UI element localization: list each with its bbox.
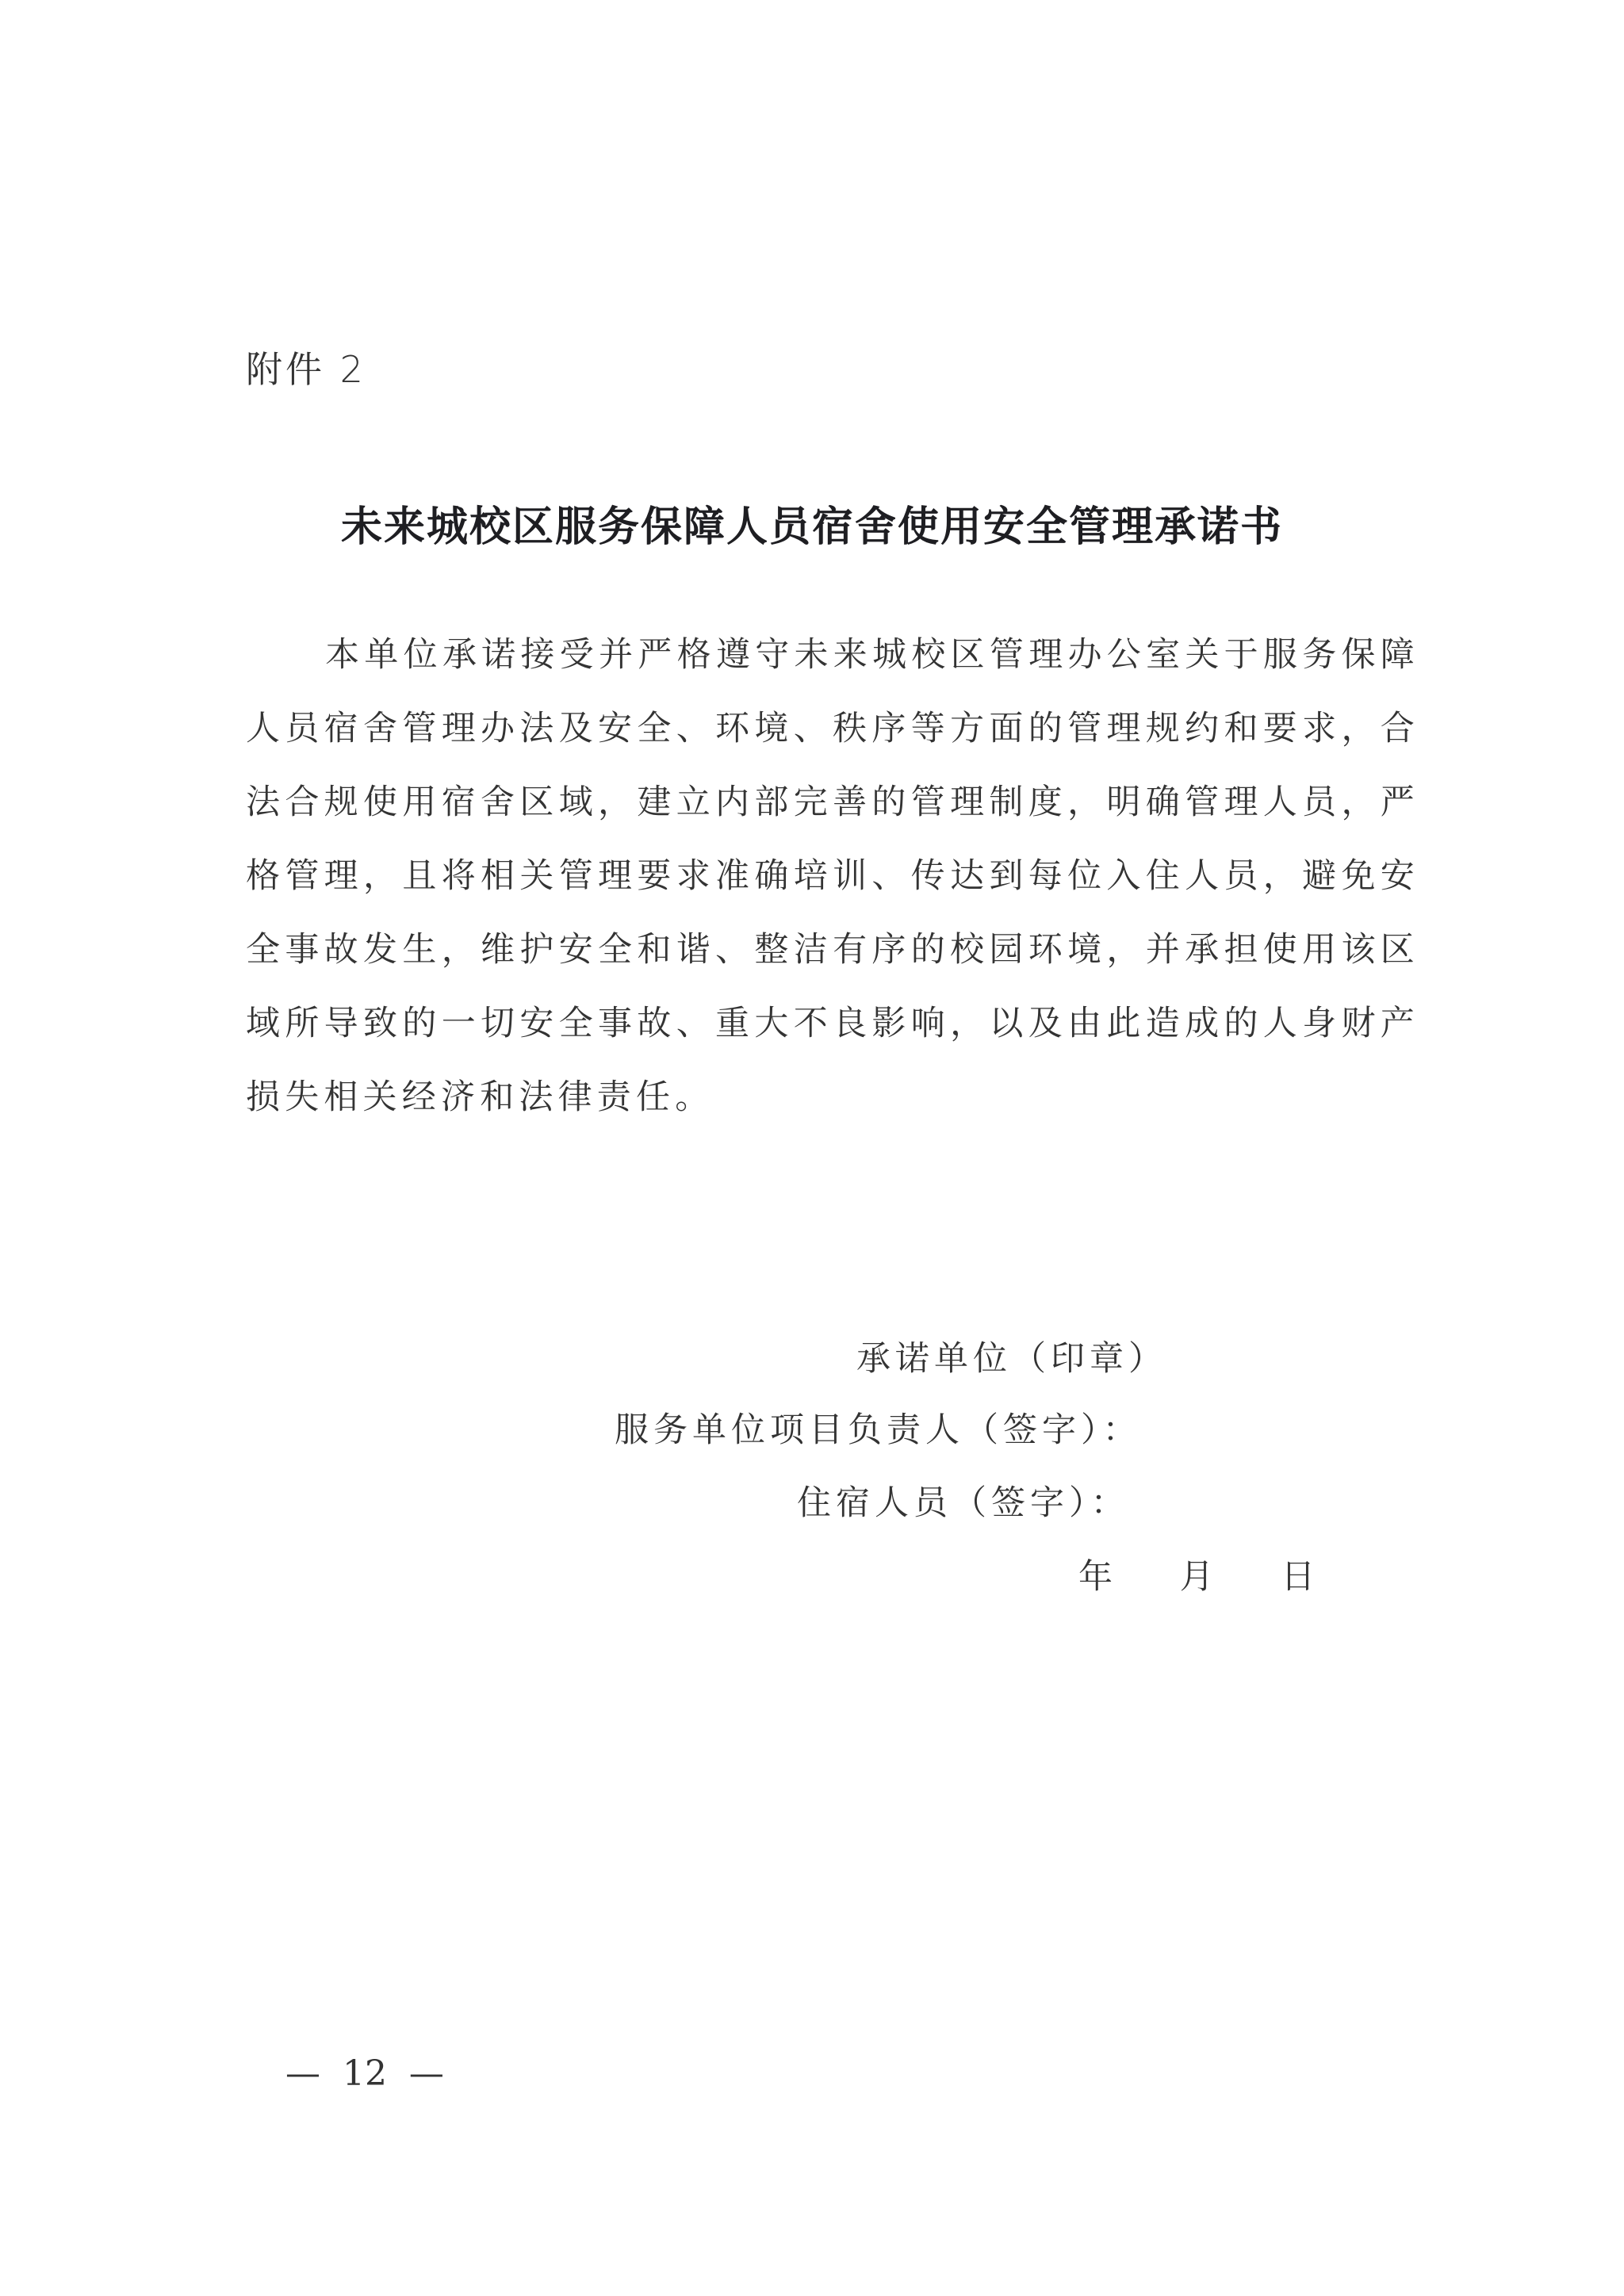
document-title: 未来城校区服务保障人员宿舍使用安全管理承诺书 <box>0 493 1624 553</box>
commitment-body: 本单位承诺接受并严格遵守未来城校区管理办公室关于服务保障人员宿舍管理办法及安全、… <box>246 618 1419 1135</box>
attachment-label: 附件 2 <box>246 341 366 393</box>
signature-resident: 住宿人员（签字）： <box>797 1476 1130 1525</box>
signature-project-lead: 服务单位项目负责人（签字）： <box>615 1403 1142 1452</box>
signature-unit-seal: 承诺单位（印章） <box>856 1332 1167 1380</box>
commitment-paragraph: 本单位承诺接受并严格遵守未来城校区管理办公室关于服务保障人员宿舍管理办法及安全、… <box>246 635 1419 1117</box>
page-number: — 12 — <box>285 2053 444 2094</box>
signature-date: 年 月 日 <box>1078 1550 1319 1598</box>
